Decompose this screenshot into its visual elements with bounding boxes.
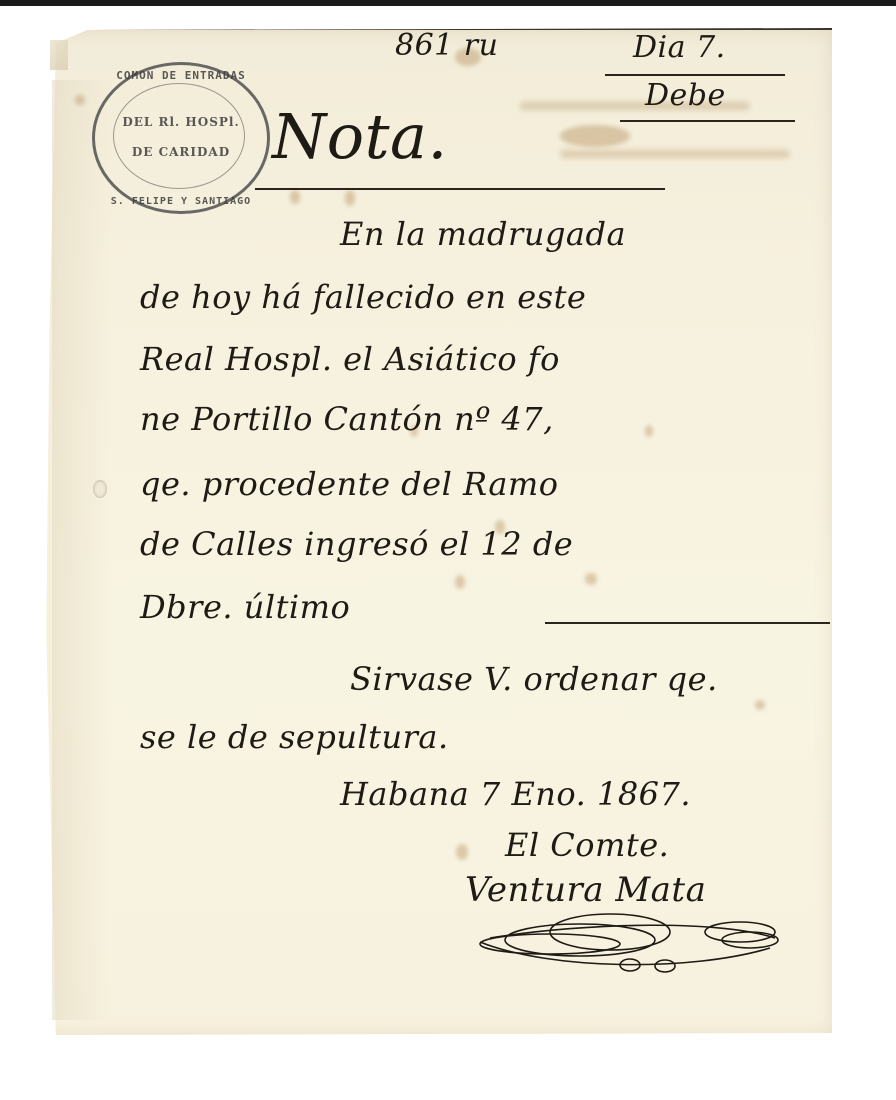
- ink-stain: [345, 190, 355, 206]
- day-label: Dia 7.: [633, 30, 726, 65]
- body-line: ne Portillo Cantón nº 47,: [140, 400, 554, 438]
- signature-flourish: [470, 910, 790, 990]
- ink-stain: [755, 700, 765, 710]
- body-line: de Calles ingresó el 12 de: [140, 525, 573, 563]
- ink-stain: [455, 575, 465, 589]
- debe-label: Debe: [645, 78, 726, 113]
- date-line: Habana 7 Eno. 1867.: [340, 775, 691, 813]
- folded-corner: [50, 40, 68, 70]
- ink-stain: [456, 844, 468, 860]
- body-line: qe. procedente del Ramo: [140, 465, 559, 503]
- body-line: En la madrugada: [340, 215, 626, 253]
- hospital-stamp: COMON DE ENTRADAS DEL Rl. HOSPl. DE CARI…: [92, 62, 270, 214]
- scan-top-border: [0, 0, 896, 6]
- ink-stain: [290, 190, 300, 204]
- note-title: Nota.: [272, 100, 448, 173]
- closing-line: Sirvase V. ordenar qe.: [350, 660, 718, 698]
- margin-shading: [52, 80, 112, 1020]
- reference-number: 861 ru: [395, 28, 498, 63]
- body-line: Real Hospl. el Asiático fo: [140, 340, 560, 378]
- body-line: Dbre. último: [140, 588, 350, 626]
- punch-hole: [93, 480, 107, 498]
- ink-stain: [75, 95, 85, 105]
- stamp-ring-bottom-text: S. FELIPE Y SANTIAGO: [95, 196, 267, 207]
- ink-stain: [585, 573, 597, 585]
- stamp-inner-ring: [113, 83, 245, 189]
- signature-name: Ventura Mata: [465, 870, 706, 910]
- stamp-center-line2: DE CARIDAD: [95, 145, 267, 159]
- stamp-ring-top-text: COMON DE ENTRADAS: [95, 69, 267, 82]
- stamp-center-line1: DEL Rl. HOSPl.: [95, 115, 267, 129]
- signature-title: El Comte.: [505, 826, 669, 864]
- debe-underline: [620, 120, 795, 122]
- ink-stain: [560, 125, 630, 147]
- day-underline: [605, 74, 785, 76]
- body-end-rule: [545, 622, 830, 624]
- closing-line: se le de sepultura.: [140, 718, 449, 756]
- stain-streak: [560, 150, 790, 158]
- ink-stain: [645, 425, 653, 437]
- title-underline: [255, 188, 665, 190]
- body-line: de hoy há fallecido en este: [140, 278, 586, 316]
